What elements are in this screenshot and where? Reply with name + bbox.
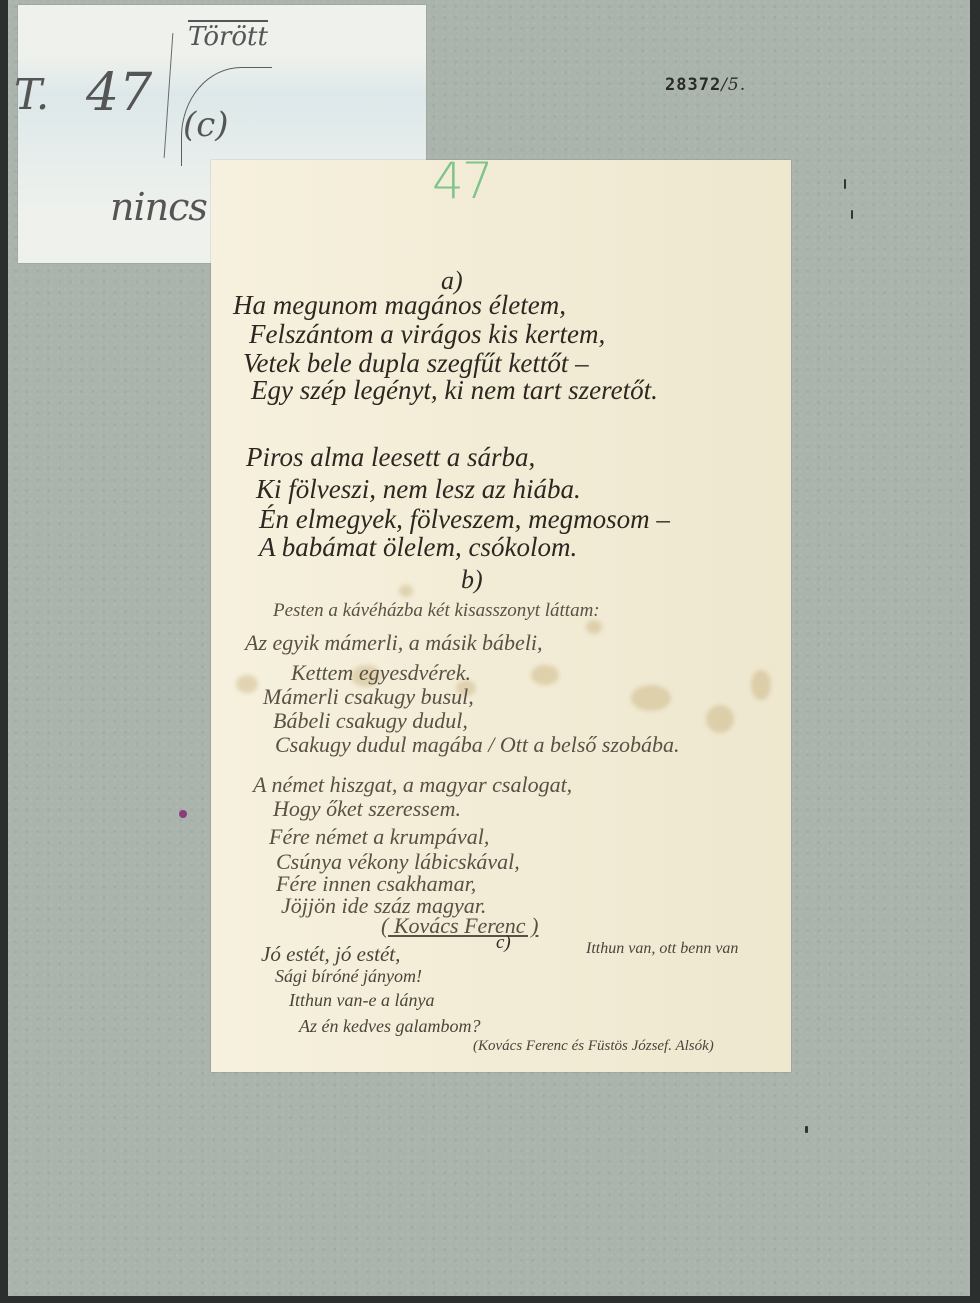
verse-line: Csakugy dudul magába / Ott a belső szobá…	[275, 732, 680, 758]
manuscript-sheet: 47 a) Ha megunom magános életem, Felszán…	[211, 160, 791, 1072]
catalog-number: 28372/5.	[665, 75, 746, 95]
slip-prefix: T.	[14, 70, 49, 119]
attribution-b: ( Kovács Ferenc )	[381, 913, 538, 939]
stain	[586, 620, 602, 634]
verse-line: Bábeli csakugy dudul,	[273, 708, 468, 734]
verse-line: Mámerli csakugy busul,	[263, 684, 474, 710]
verse-line: Piros alma leesett a sárba,	[246, 442, 535, 473]
verse-line: Jó estét, jó estét,	[261, 942, 400, 967]
slip-number: 47	[86, 63, 152, 123]
slip-divider-line	[164, 33, 174, 158]
slip-state: Törött	[188, 22, 268, 52]
board-speck	[805, 1126, 808, 1133]
verse-line: Az egyik mámerli, a másik bábeli,	[245, 630, 543, 656]
catalog-number-suffix: /5.	[721, 75, 746, 95]
green-pencil-number: 47	[432, 152, 492, 210]
stain	[531, 665, 559, 685]
ink-dot	[179, 810, 187, 818]
stain	[236, 675, 258, 693]
verse-line: Én elmegyek, fölveszem, megmosom –	[259, 504, 670, 535]
stain	[399, 585, 413, 597]
verse-line: Fére német a krumpával,	[269, 824, 489, 850]
verse-line: Pesten a kávéházba két kisasszonyt látta…	[273, 600, 600, 622]
verse-line: Hogy őket szeressem.	[273, 796, 461, 822]
verse-line: Ha megunom magános életem,	[233, 290, 566, 321]
verse-line: Itthun van-e a lánya	[289, 990, 434, 1011]
section-mark-c: c)	[496, 932, 511, 954]
board-speck	[844, 179, 846, 189]
verse-line: A babámat ölelem, csókolom.	[259, 532, 577, 563]
verse-line: Felszántom a virágos kis kertem,	[249, 319, 605, 350]
board-speck	[851, 210, 853, 219]
section-mark-b: b)	[461, 565, 483, 595]
stain	[706, 705, 734, 733]
verse-line: Egy szép legényt, ki nem tart szeretőt.	[251, 375, 658, 406]
verse-line: Kettem egyesdvérek.	[291, 660, 471, 686]
verse-line: A német hiszgat, a magyar csalogat,	[253, 772, 572, 798]
stain	[631, 685, 671, 711]
attribution-c: (Kovács Ferenc és Füstös József. Alsók)	[473, 1038, 714, 1055]
stain	[751, 670, 771, 700]
slip-sub-mark: (c)	[183, 105, 229, 145]
mounting-board: 28372/5. T. 47 (c) Törött nincs lejegyez…	[8, 0, 970, 1296]
side-note-c: Itthun van, ott benn van	[586, 940, 738, 958]
verse-line: Az én kedves galambom?	[299, 1016, 480, 1037]
verse-line: Ki fölveszi, nem lesz az hiába.	[256, 474, 581, 505]
catalog-number-main: 28372	[665, 75, 721, 95]
verse-line: Sági bíróné jányom!	[275, 966, 422, 987]
